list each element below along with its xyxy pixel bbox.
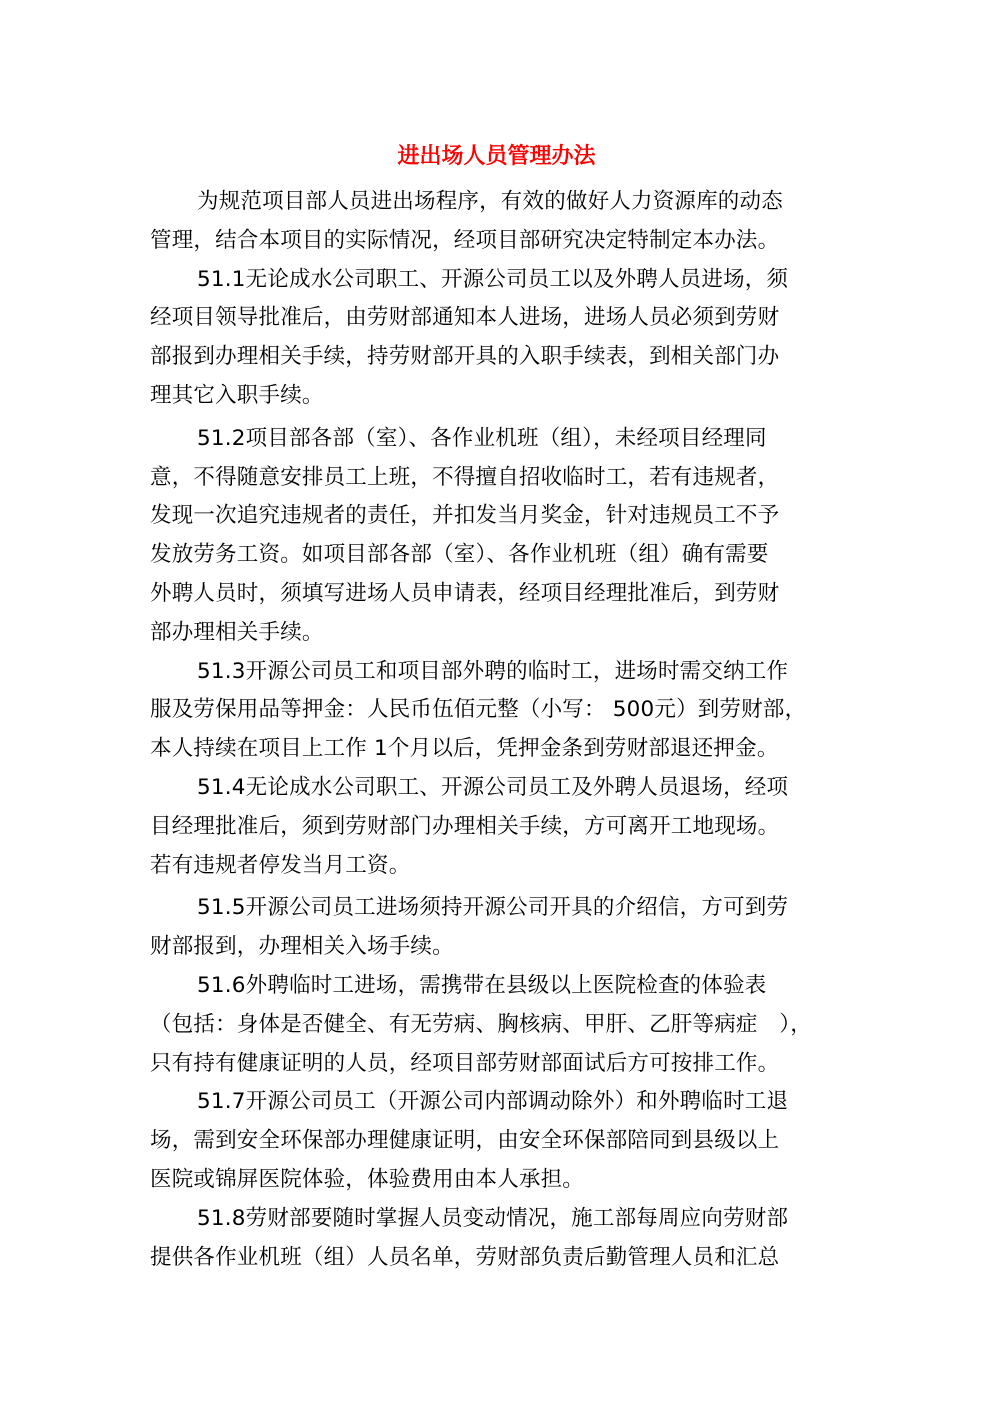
paragraph-line: 提供各作业机班（组）人员名单，劳财部负责后勤管理人员和汇总 [150,1239,850,1278]
paragraph-line: 51.6外聘临时工进场，需携带在县级以上医院检查的体验表 [150,967,850,1006]
paragraph-line: 部报到办理相关手续，持劳财部开具的入职手续表，到相关部门办 [150,338,850,377]
paragraph-line: 为规范项目部人员进出场程序，有效的做好人力资源库的动态 [150,183,850,222]
paragraph-line: 经项目领导批准后，由劳财部通知本人进场，进场人员必须到劳财 [150,299,850,338]
paragraph-51-4: 51.4无论成水公司职工、开源公司员工及外聘人员退场，经项 目经理批准后，须到劳… [150,769,850,885]
paragraph-line: 财部报到，办理相关入场手续。 [150,928,850,967]
paragraph-line: 理其它入职手续。 [150,377,850,416]
paragraph-line: 51.5开源公司员工进场须持开源公司开具的介绍信，方可到劳 [150,889,850,928]
paragraph-line: 发现一次追究违规者的责任，并扣发当月奖金，针对违规员工不予 [150,497,850,536]
paragraph-line: 若有违规者停发当月工资。 [150,847,850,886]
paragraph-51-8: 51.8劳财部要随时掌握人员变动情况，施工部每周应向劳财部 提供各作业机班（组）… [150,1200,850,1278]
paragraph-line: 51.4无论成水公司职工、开源公司员工及外聘人员退场，经项 [150,769,850,808]
paragraph-line: 服及劳保用品等押金：人民币伍佰元整（小写： 500元）到劳财部， [150,691,850,730]
paragraph-51-1: 51.1无论成水公司职工、开源公司员工以及外聘人员进场，须 经项目领导批准后，由… [150,261,850,416]
paragraph-line: 管理，结合本项目的实际情况，经项目部研究决定特制定本办法。 [150,222,850,261]
paragraph-51-3: 51.3开源公司员工和项目部外聘的临时工，进场时需交纳工作 服及劳保用品等押金：… [150,653,850,769]
paragraph-line: 只有持有健康证明的人员，经项目部劳财部面试后方可按排工作。 [150,1045,850,1084]
paragraph-line: （包括：身体是否健全、有无劳病、胸核病、甲肝、乙肝等病症 ）， [150,1006,850,1045]
paragraph-line: 目经理批准后，须到劳财部门办理相关手续，方可离开工地现场。 [150,808,850,847]
paragraph-line: 51.3开源公司员工和项目部外聘的临时工，进场时需交纳工作 [150,653,850,692]
paragraph-51-6: 51.6外聘临时工进场，需携带在县级以上医院检查的体验表 （包括：身体是否健全、… [150,967,850,1083]
paragraph-line: 意，不得随意安排员工上班，不得擅自招收临时工，若有违规者， [150,459,850,498]
paragraph-line: 场，需到安全环保部办理健康证明，由安全环保部陪同到县级以上 [150,1122,850,1161]
paragraph-line: 医院或锦屏医院体验，体验费用由本人承担。 [150,1161,850,1200]
paragraph-51-2: 51.2项目部各部（室）、各作业机班（组），未经项目经理同 意，不得随意安排员工… [150,420,850,653]
document-body: 为规范项目部人员进出场程序，有效的做好人力资源库的动态 管理，结合本项目的实际情… [150,183,850,1277]
paragraph-line: 51.1无论成水公司职工、开源公司员工以及外聘人员进场，须 [150,261,850,300]
paragraph-51-7: 51.7开源公司员工（开源公司内部调动除外）和外聘临时工退 场，需到安全环保部办… [150,1083,850,1199]
paragraph-intro: 为规范项目部人员进出场程序，有效的做好人力资源库的动态 管理，结合本项目的实际情… [150,183,850,261]
paragraph-line: 部办理相关手续。 [150,614,850,653]
paragraph-51-5: 51.5开源公司员工进场须持开源公司开具的介绍信，方可到劳 财部报到，办理相关入… [150,889,850,967]
paragraph-line: 51.8劳财部要随时掌握人员变动情况，施工部每周应向劳财部 [150,1200,850,1239]
paragraph-line: 外聘人员时，须填写进场人员申请表，经项目经理批准后，到劳财 [150,575,850,614]
document-page: 进出场人员管理办法 为规范项目部人员进出场程序，有效的做好人力资源库的动态 管理… [0,0,993,1404]
paragraph-line: 51.7开源公司员工（开源公司内部调动除外）和外聘临时工退 [150,1083,850,1122]
paragraph-line: 发放劳务工资。如项目部各部（室）、各作业机班（组）确有需要 [150,536,850,575]
paragraph-line: 本人持续在项目上工作 1个月以后，凭押金条到劳财部退还押金。 [150,730,850,769]
document-title: 进出场人员管理办法 [0,141,993,171]
paragraph-line: 51.2项目部各部（室）、各作业机班（组），未经项目经理同 [150,420,850,459]
